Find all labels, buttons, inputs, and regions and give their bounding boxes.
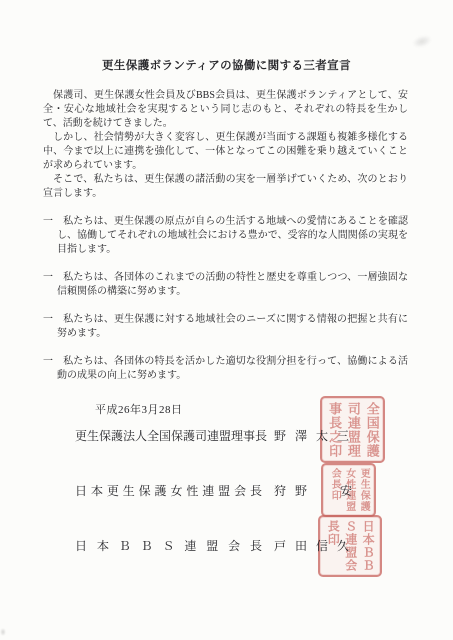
declaration-item: 一私たちは、各団体の特長を活かした適切な役割分担を行って、協働による活動の成果の… (43, 355, 408, 383)
signature-row: 更生保護法人全国保護司連盟理事長野 澤 太 三 (75, 427, 413, 444)
declaration-text: 私たちは、更生保護に対する地域社会のニーズに関する情報の把握と共有に努めます。 (57, 314, 408, 339)
signature-org: 日本更生保護女性連盟会長 (75, 482, 262, 499)
paragraph: 保護司、更生保護女性会員及びBBS会員は、更生保護ボランティアとして、安全・安心… (43, 89, 408, 131)
scanned-document-page: 更生保護ボランティアの協働に関する三者宣言 保護司、更生保護女性会員及びBBS会… (0, 0, 453, 640)
list-marker: 一 (43, 356, 53, 367)
signature-name: 狩 野 安 (274, 482, 355, 499)
paragraph: しかし、社会情勢が大きく変容し、更生保護が当面する課題も複雑多様化する中、今まで… (43, 131, 408, 173)
signature-row: 日本ＢＢＳ連盟会長戸 田 信 久 (75, 537, 413, 554)
document-title: 更生保護ボランティアの協働に関する三者宣言 (0, 57, 453, 73)
signature-org: 更生保護法人全国保護司連盟理事長 (75, 427, 262, 444)
list-marker: 一 (43, 272, 53, 283)
scan-artifact (411, 33, 433, 50)
signature-org: 日本ＢＢＳ連盟会長 (75, 537, 262, 554)
paragraph: そこで、私たちは、更生保護の諸活動の実を一層挙げていくため、次のとおり宣言します… (43, 173, 408, 201)
list-marker: 一 (43, 314, 53, 325)
document-body: 保護司、更生保護女性会員及びBBS会員は、更生保護ボランティアとして、安全・安心… (43, 89, 408, 383)
signature-name: 野 澤 太 三 (274, 427, 352, 444)
list-marker: 一 (43, 216, 53, 227)
declaration-text: 私たちは、更生保護の原点が自らの生活する地域への愛情にあることを確認し、協働して… (57, 216, 408, 255)
signature-name: 戸 田 信 久 (274, 537, 352, 554)
scan-artifact (0, 628, 6, 636)
signature-row: 日本更生保護女性連盟会長狩 野 安 (75, 482, 413, 499)
declaration-text: 私たちは、各団体の特長を活かした適切な役割分担を行って、協働による活動の成果の向… (57, 356, 408, 381)
declaration-text: 私たちは、各団体のこれまでの活動の特性と歴史を尊重しつつ、一層強固な信頼関係の構… (57, 272, 408, 297)
declaration-item: 一私たちは、各団体のこれまでの活動の特性と歴史を尊重しつつ、一層強固な信頼関係の… (43, 271, 408, 299)
date-line: 平成26年3月28日 (95, 401, 183, 417)
declaration-item: 一私たちは、更生保護の原点が自らの生活する地域への愛情にあることを確認し、協働し… (43, 215, 408, 257)
declaration-item: 一私たちは、更生保護に対する地域社会のニーズに関する情報の把握と共有に努めます。 (43, 313, 408, 341)
